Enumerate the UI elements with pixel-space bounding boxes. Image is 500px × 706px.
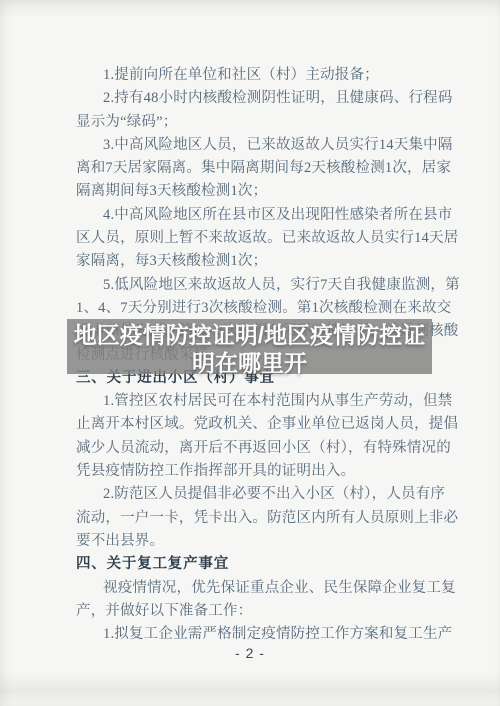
document-line: 产，并做好以下准备工作： [76, 600, 430, 623]
document-line: 家隔离，每3天核酸检测1次； [76, 250, 430, 273]
document-line: 1、4、7天分别进行3次核酸检测。第1次核酸检测在来故交 [76, 297, 430, 320]
document-line: 要不出县界。 [76, 530, 430, 553]
scan-bottom-shading [0, 672, 500, 706]
document-line: 隔离期间每3天核酸检测1次； [76, 180, 430, 203]
section-heading: 四、关于复工复产事宜 [76, 553, 430, 576]
document-line: 区人员，原则上暂不来故返故。已来故返故人员实行14天居 [76, 227, 430, 250]
document-line: 1.管控区农村居民可在本村范围内从事生产劳动，但禁 [76, 390, 430, 413]
document-line: 凭县疫情防控工作指挥部开具的证明出入。 [76, 460, 430, 483]
document-line: 减少人员流动，离开后不再返回小区（村），有特殊情况的 [76, 437, 430, 460]
page-number: - 2 - [0, 645, 500, 661]
document-line: 4.中高风险地区所在县市区及出现阳性感染者所在县市 [76, 204, 430, 227]
document-line: 流动，一户一卡，凭卡出入。防范区内所有人员原则上非必 [76, 507, 430, 530]
article-title-overlay: 地区疫情防控证明/地区疫情防控证明在哪里开 [67, 321, 432, 377]
document-line: 5.低风险地区来故返故人员，实行7天自我健康监测，第 [76, 274, 430, 297]
document-line: 视疫情情况，优先保证重点企业、民生保障企业复工复 [76, 577, 430, 600]
document-line: 2.防范区人员提倡非必要不出入小区（村），人员有序 [76, 483, 430, 506]
document-line: 离和7天居家隔离。集中隔离期间每2天核酸检测1次，居家 [76, 157, 430, 180]
document-page: 1.提前向所在单位和社区（村）主动报备；2.持有48小时内核酸检测阴性证明，且健… [0, 0, 500, 706]
document-line: 1.提前向所在单位和社区（村）主动报备； [76, 64, 430, 87]
document-line: 显示为“绿码”； [76, 111, 430, 134]
document-line: 2.持有48小时内核酸检测阴性证明，且健康码、行程码 [76, 87, 430, 110]
document-line: 3.中高风险地区人员，已来故返故人员实行14天集中隔 [76, 134, 430, 157]
document-line: 止离开本村区域。党政机关、企事业单位已返岗人员，提倡 [76, 413, 430, 436]
document-line: 1.拟复工企业需严格制定疫情防控工作方案和复工生产 [76, 623, 430, 646]
scan-top-shading [0, 0, 500, 18]
